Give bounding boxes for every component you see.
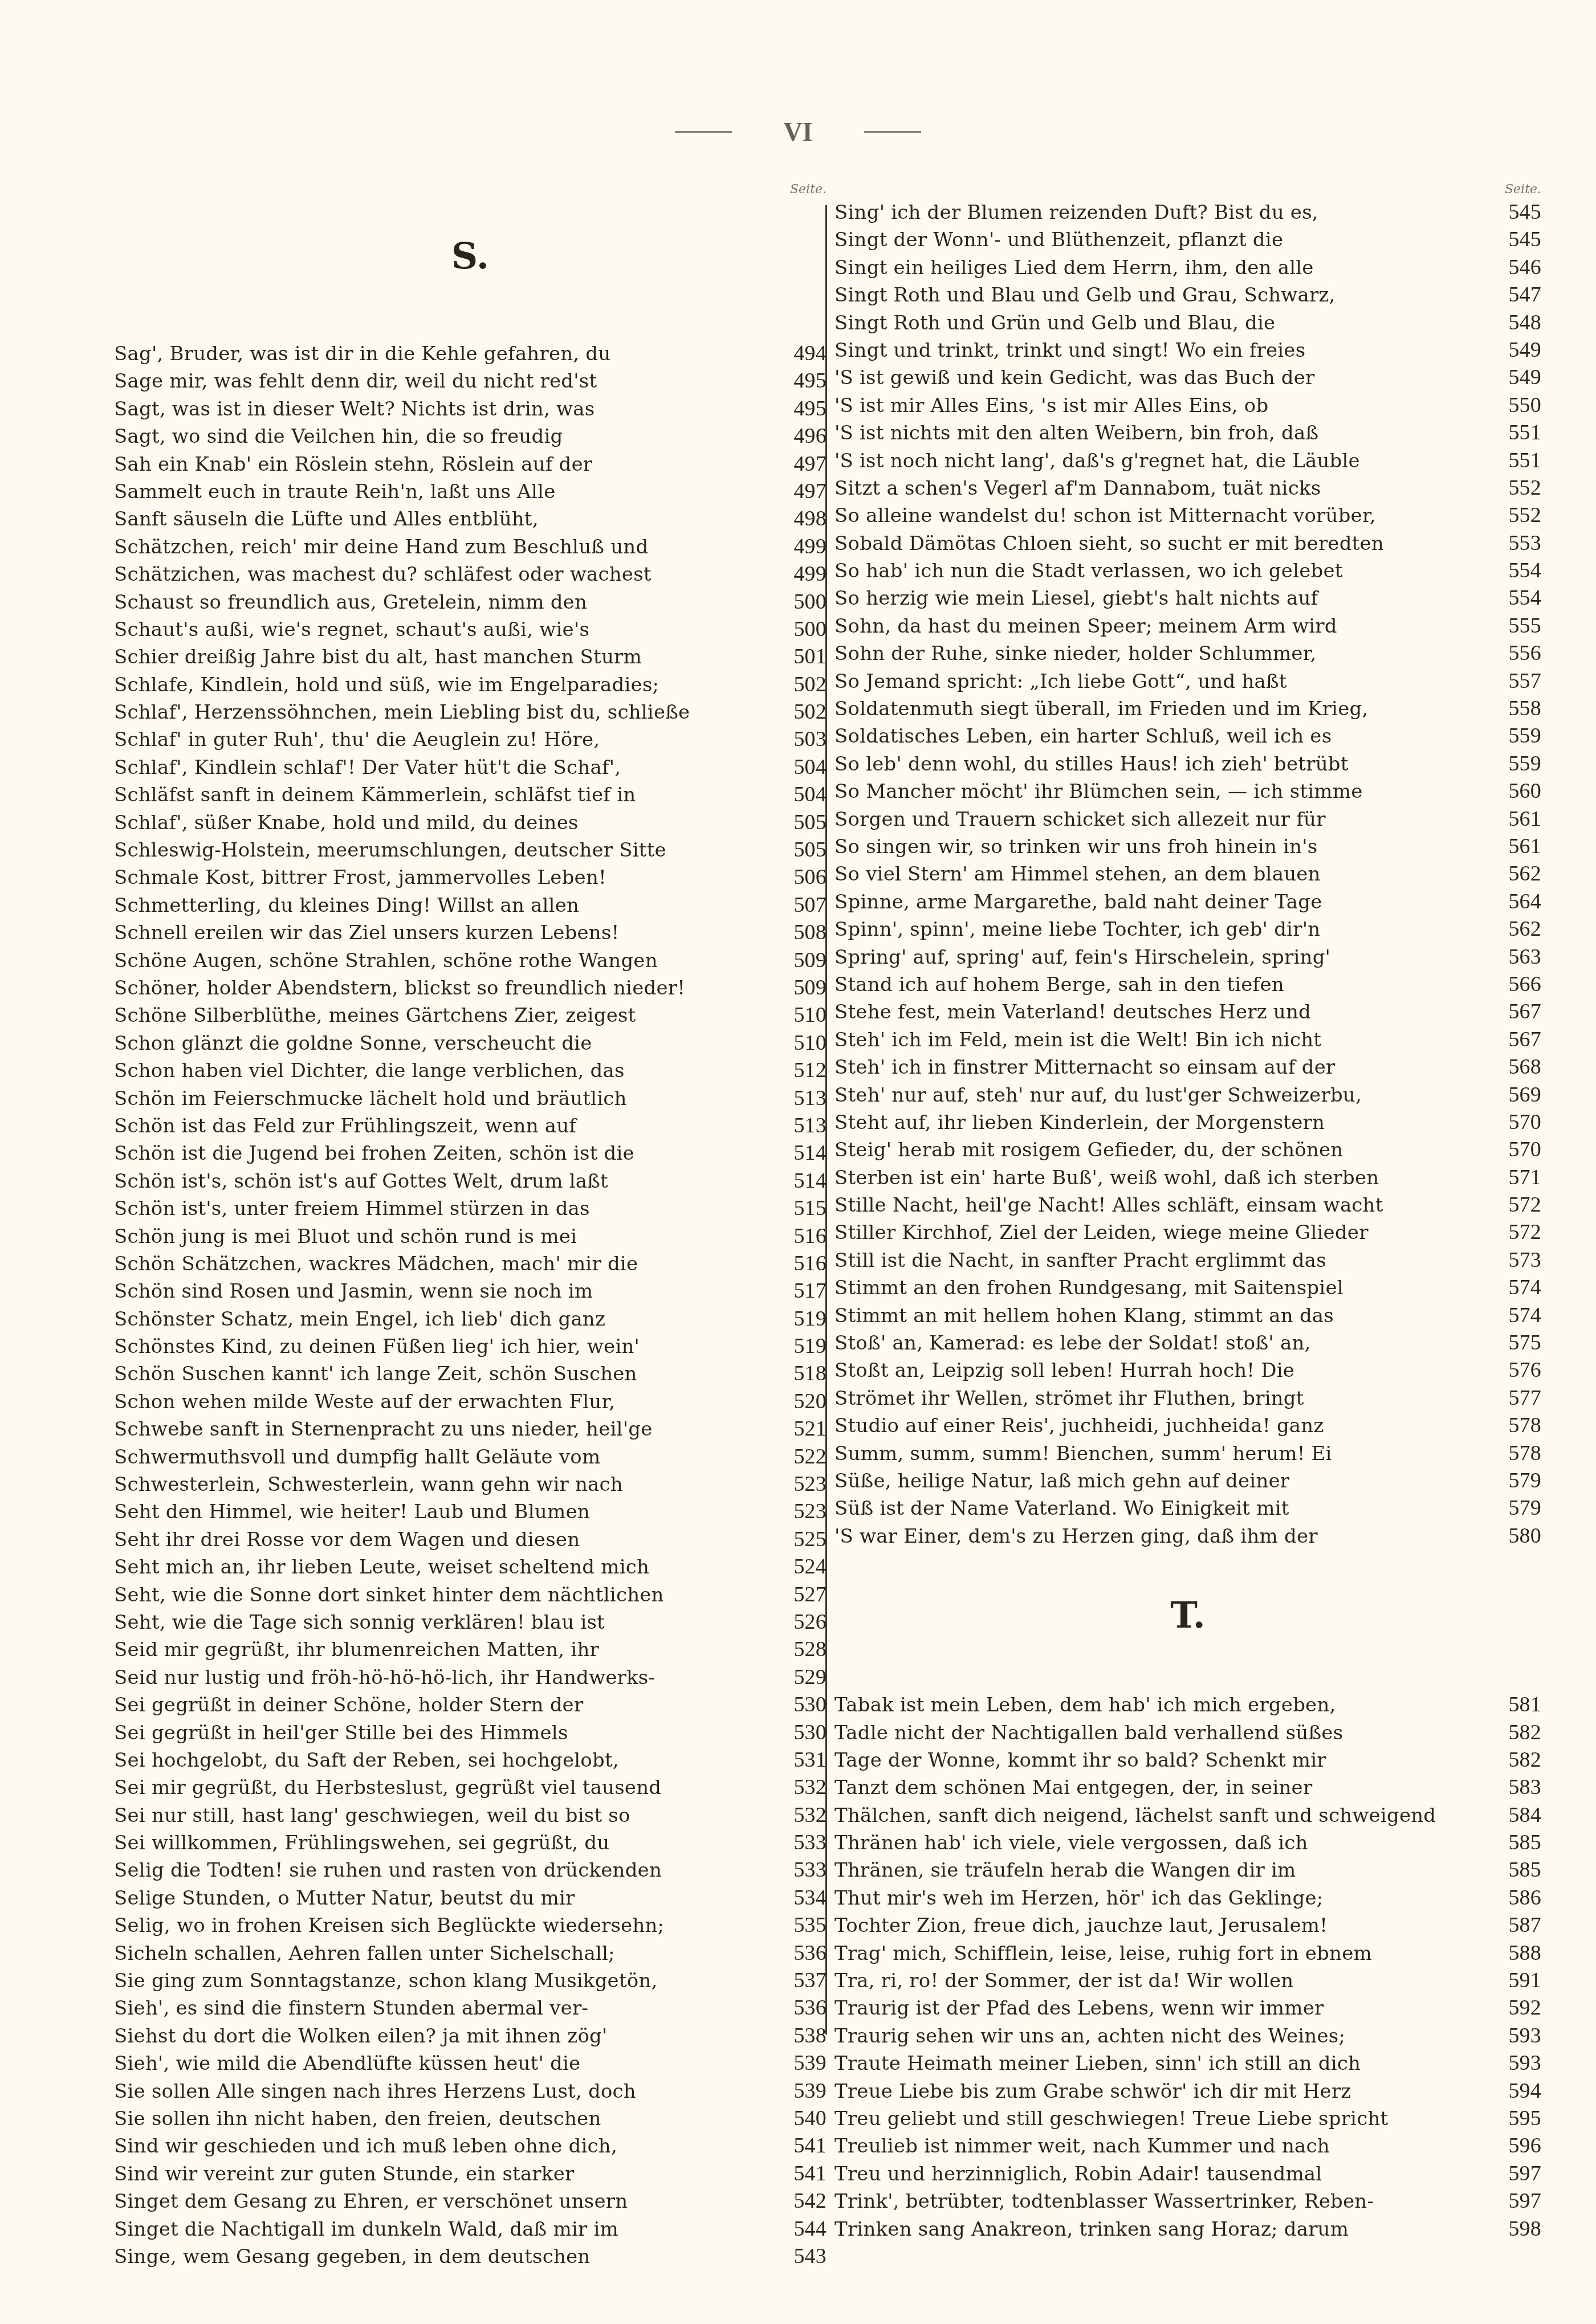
index-entry: Tage der Wonne, kommt ihr so bald? Schen… <box>834 1746 1541 1773</box>
entry-first-line: Tra, ri, ro! der Sommer, der ist da! Wir… <box>834 1967 1493 1995</box>
entry-page-number: 572 <box>1493 1191 1541 1218</box>
entry-page-number: 506 <box>779 863 826 891</box>
index-entry: Schätzchen, reich' mir deine Hand zum Be… <box>114 533 826 560</box>
entry-first-line: Selige Stunden, o Mutter Natur, beutst d… <box>114 1885 779 1912</box>
entry-first-line: Tanzt dem schönen Mai entgegen, der, in … <box>834 1774 1493 1801</box>
entry-first-line: Soldatenmuth siegt überall, im Frieden u… <box>834 695 1493 723</box>
entry-first-line: Singt ein heiliges Lied dem Herrn, ihm, … <box>834 254 1493 282</box>
index-entry: Trinken sang Anakreon, trinken sang Hora… <box>834 2215 1541 2243</box>
entry-first-line: Treu und herzinniglich, Robin Adair! tau… <box>834 2160 1493 2188</box>
entry-first-line: Singe, wem Gesang gegeben, in dem deutsc… <box>114 2243 779 2270</box>
index-entry: Trag' mich, Schifflein, leise, leise, ru… <box>834 1939 1541 1967</box>
entry-page-number: 563 <box>1493 943 1541 971</box>
entry-first-line: Süße, heilige Natur, laß mich gehn auf d… <box>834 1467 1493 1495</box>
entry-page-number: 510 <box>779 1001 826 1029</box>
entry-page-number: 505 <box>779 836 826 863</box>
entry-page-number: 542 <box>779 2187 826 2215</box>
index-entry: Treue Liebe bis zum Grabe schwör' ich di… <box>834 2077 1541 2105</box>
index-entry: Seht mich an, ihr lieben Leute, weiset s… <box>114 1553 826 1580</box>
index-entry: Schön sind Rosen und Jasmin, wenn sie no… <box>114 1277 826 1304</box>
entry-page-number: 512 <box>779 1057 826 1084</box>
entry-page-number: 525 <box>779 1526 826 1553</box>
entry-first-line: Sohn, da hast du meinen Speer; meinem Ar… <box>834 613 1493 640</box>
entry-first-line: Schätzchen, reich' mir deine Hand zum Be… <box>114 533 779 561</box>
entry-first-line: Tadle nicht der Nachtigallen bald verhal… <box>834 1719 1493 1747</box>
entry-page-number: 569 <box>1493 1081 1541 1108</box>
index-entry: Thränen hab' ich viele, viele vergossen,… <box>834 1829 1541 1856</box>
entry-page-number: 553 <box>1493 529 1541 557</box>
entry-page-number: 578 <box>1493 1440 1541 1467</box>
entry-page-number: 564 <box>1493 888 1541 915</box>
entry-page-number: 528 <box>779 1636 826 1663</box>
entry-first-line: Schlafe, Kindlein, hold und süß, wie im … <box>114 671 779 699</box>
entry-page-number: 536 <box>779 1939 826 1967</box>
entry-page-number: 494 <box>779 340 826 367</box>
index-entry: Sei gegrüßt in heil'ger Stille bei des H… <box>114 1719 826 1746</box>
section-heading-t: T. <box>834 1597 1541 1634</box>
entry-first-line: Schön im Feierschmucke lächelt hold und … <box>114 1085 779 1112</box>
entry-page-number: 549 <box>1493 336 1541 364</box>
section-heading-s: S. <box>114 238 826 275</box>
entry-first-line: Sorgen und Trauern schicket sich allezei… <box>834 806 1493 833</box>
entry-first-line: Sagt, was ist in dieser Welt? Nichts ist… <box>114 396 779 423</box>
index-entry: Selig die Todten! sie ruhen und rasten v… <box>114 1856 826 1883</box>
index-entry: Sei willkommen, Frühlingswehen, sei gegr… <box>114 1829 826 1856</box>
entry-first-line: Schön Schätzchen, wackres Mädchen, mach'… <box>114 1250 779 1278</box>
entry-page-number: 501 <box>779 643 826 670</box>
entry-page-number: 499 <box>779 560 826 588</box>
entry-first-line: Schönster Schatz, mein Engel, ich lieb' … <box>114 1306 779 1333</box>
entry-page-number: 518 <box>779 1360 826 1387</box>
entry-page-number: 561 <box>1493 805 1541 833</box>
entry-page-number: 536 <box>779 1994 826 2021</box>
index-entry: Treulieb ist nimmer weit, nach Kummer un… <box>834 2132 1541 2159</box>
entry-first-line: Traurig ist der Pfad des Lebens, wenn wi… <box>834 1995 1493 2022</box>
entry-first-line: Schön ist's, unter freiem Himmel stürzen… <box>114 1195 779 1222</box>
index-entry: Schön ist's, schön ist's auf Gottes Welt… <box>114 1167 826 1194</box>
entry-first-line: Seht den Himmel, wie heiter! Laub und Bl… <box>114 1498 779 1526</box>
entry-page-number: 497 <box>779 450 826 478</box>
entry-page-number: 497 <box>779 478 826 505</box>
entry-first-line: Strömet ihr Wellen, strömet ihr Fluthen,… <box>834 1385 1493 1412</box>
index-entry: Schleswig-Holstein, meerumschlungen, deu… <box>114 836 826 863</box>
entry-first-line: Schwermuthsvoll und dumpfig hallt Geläut… <box>114 1444 779 1471</box>
page-number: VI <box>783 117 812 147</box>
entry-page-number: 495 <box>779 395 826 422</box>
entry-first-line: Steig' herab mit rosigem Gefieder, du, d… <box>834 1136 1493 1164</box>
index-entry: Schätzichen, was machest du? schläfest o… <box>114 560 826 588</box>
entry-page-number: 521 <box>779 1415 826 1442</box>
index-entry: Schaust so freundlich aus, Gretelein, ni… <box>114 588 826 615</box>
entry-first-line: Seht, wie die Tage sich sonnig verklären… <box>114 1609 779 1636</box>
entry-page-number: 498 <box>779 505 826 532</box>
index-entry: Sei mir gegrüßt, du Herbsteslust, gegrüß… <box>114 1773 826 1801</box>
index-entry: 'S ist nichts mit den alten Weibern, bin… <box>834 419 1541 446</box>
entry-page-number: 560 <box>1493 777 1541 805</box>
entry-page-number: 545 <box>1493 226 1541 253</box>
entry-page-number: 582 <box>1493 1746 1541 1773</box>
entry-first-line: Studio auf einer Reis', juchheidi, juchh… <box>834 1412 1493 1440</box>
entry-first-line: Sing' ich der Blumen reizenden Duft? Bis… <box>834 199 1493 226</box>
index-entry: Schön jung is mei Bluot und schön rund i… <box>114 1222 826 1250</box>
entry-first-line: Schläfst sanft in deinem Kämmerlein, sch… <box>114 781 779 809</box>
entry-page-number: 510 <box>779 1029 826 1057</box>
index-entry: Schlaf' in guter Ruh', thu' die Aeuglein… <box>114 725 826 753</box>
index-entry: Schier dreißig Jahre bist du alt, hast m… <box>114 643 826 670</box>
index-entry: Schnell ereilen wir das Ziel unsers kurz… <box>114 919 826 946</box>
entry-page-number: 555 <box>1493 612 1541 639</box>
entry-page-number: 537 <box>779 1967 826 1994</box>
entry-first-line: Seht mich an, ihr lieben Leute, weiset s… <box>114 1554 779 1581</box>
index-entry: Schwesterlein, Schwesterlein, wann gehn … <box>114 1470 826 1498</box>
entry-page-number: 526 <box>779 1608 826 1636</box>
entry-first-line: Sohn der Ruhe, sinke nieder, holder Schl… <box>834 640 1493 667</box>
entry-first-line: Schmale Kost, bittrer Frost, jammervolle… <box>114 864 779 891</box>
entry-first-line: Thränen, sie träufeln herab die Wangen d… <box>834 1857 1493 1884</box>
entry-page-number: 519 <box>779 1305 826 1332</box>
header-rule-right <box>864 131 921 133</box>
entry-first-line: Schlaf', Herzenssöhnchen, mein Liebling … <box>114 699 779 726</box>
index-entry: So viel Stern' am Himmel stehen, an dem … <box>834 860 1541 887</box>
entry-page-number: 561 <box>1493 833 1541 860</box>
entry-page-number: 578 <box>1493 1412 1541 1439</box>
index-list-s-continued: Sing' ich der Blumen reizenden Duft? Bis… <box>834 198 1541 1550</box>
entry-page-number: 573 <box>1493 1246 1541 1274</box>
entry-first-line: Spring' auf, spring' auf, fein's Hirsche… <box>834 944 1493 971</box>
index-entry: Schmale Kost, bittrer Frost, jammervolle… <box>114 863 826 891</box>
index-entry: Sohn, da hast du meinen Speer; meinem Ar… <box>834 612 1541 639</box>
index-entry: Summ, summ, summ! Bienchen, summ' herum!… <box>834 1440 1541 1467</box>
entry-page-number: 597 <box>1493 2160 1541 2187</box>
index-entry: Sei gegrüßt in deiner Schöne, holder Ste… <box>114 1691 826 1718</box>
entry-page-number: 566 <box>1493 971 1541 998</box>
entry-page-number: 530 <box>779 1719 826 1746</box>
index-entry: Spring' auf, spring' auf, fein's Hirsche… <box>834 943 1541 971</box>
entry-page-number: 544 <box>779 2215 826 2243</box>
index-entry: Sie sollen ihn nicht haben, den freien, … <box>114 2105 826 2132</box>
entry-page-number: 572 <box>1493 1218 1541 1246</box>
entry-first-line: Treu geliebt und still geschwiegen! Treu… <box>834 2105 1493 2133</box>
index-entry: 'S ist noch nicht lang', daß's g'regnet … <box>834 447 1541 474</box>
entry-page-number: 557 <box>1493 667 1541 695</box>
entry-first-line: Stille Nacht, heil'ge Nacht! Alles schlä… <box>834 1192 1493 1219</box>
index-entry: Sitzt a schen's Vegerl af'm Dannabom, tu… <box>834 474 1541 502</box>
entry-first-line: Schön Suschen kannt' ich lange Zeit, sch… <box>114 1360 779 1388</box>
entry-page-number: 514 <box>779 1139 826 1167</box>
entry-page-number: 500 <box>779 615 826 643</box>
index-entry: Treu und herzinniglich, Robin Adair! tau… <box>834 2160 1541 2187</box>
index-entry: Süße, heilige Natur, laß mich gehn auf d… <box>834 1467 1541 1494</box>
index-entry: Sei nur still, hast lang' geschwiegen, w… <box>114 1801 826 1829</box>
index-entry: Schlaf', süßer Knabe, hold und mild, du … <box>114 809 826 836</box>
entry-first-line: Schlaf', süßer Knabe, hold und mild, du … <box>114 809 779 837</box>
entry-page-number: 583 <box>1493 1773 1541 1801</box>
entry-first-line: Seid nur lustig und fröh-hö-hö-hö-lich, … <box>114 1664 779 1691</box>
index-entry: Selige Stunden, o Mutter Natur, beutst d… <box>114 1884 826 1911</box>
entry-page-number: 514 <box>779 1167 826 1194</box>
index-entry: Thut mir's weh im Herzen, hör' ich das G… <box>834 1884 1541 1911</box>
index-entry: Schöner, holder Abendstern, blickst so f… <box>114 974 826 1001</box>
entry-page-number: 516 <box>779 1250 826 1277</box>
index-entry: Steh' nur auf, steh' nur auf, du lust'ge… <box>834 1081 1541 1108</box>
entry-page-number: 527 <box>779 1581 826 1608</box>
index-entry: Schön Schätzchen, wackres Mädchen, mach'… <box>114 1250 826 1277</box>
entry-page-number: 552 <box>1493 474 1541 502</box>
entry-page-number: 554 <box>1493 584 1541 611</box>
index-column-left: Seite. S. Sag', Bruder, was ist dir in d… <box>114 181 826 2270</box>
entry-page-number: 558 <box>1493 695 1541 722</box>
entry-page-number: 596 <box>1493 2132 1541 2159</box>
index-entry: Sagt, was ist in dieser Welt? Nichts ist… <box>114 395 826 422</box>
entry-first-line: Sei hochgelobt, du Saft der Reben, sei h… <box>114 1747 779 1774</box>
index-entry: So leb' denn wohl, du stilles Haus! ich … <box>834 750 1541 777</box>
entry-page-number: 550 <box>1493 392 1541 419</box>
entry-page-number: 559 <box>1493 722 1541 749</box>
entry-first-line: Steh' nur auf, steh' nur auf, du lust'ge… <box>834 1082 1493 1109</box>
index-entry: Schwebe sanft in Sternenpracht zu uns ni… <box>114 1415 826 1442</box>
entry-page-number: 533 <box>779 1829 826 1856</box>
entry-page-number: 508 <box>779 919 826 946</box>
index-entry: Schönstes Kind, zu deinen Füßen lieg' ic… <box>114 1332 826 1360</box>
index-entry: Seid mir gegrüßt, ihr blumenreichen Matt… <box>114 1636 826 1663</box>
entry-first-line: Schlaf' in guter Ruh', thu' die Aeuglein… <box>114 726 779 753</box>
entry-first-line: Sag', Bruder, was ist dir in die Kehle g… <box>114 340 779 368</box>
entry-page-number: 531 <box>779 1746 826 1773</box>
entry-first-line: Schön ist das Feld zur Frühlingszeit, we… <box>114 1112 779 1140</box>
index-entry: Singt Roth und Grün und Gelb und Blau, d… <box>834 309 1541 336</box>
entry-first-line: Schon haben viel Dichter, die lange verb… <box>114 1057 779 1084</box>
entry-first-line: Schnell ereilen wir das Ziel unsers kurz… <box>114 919 779 947</box>
entry-page-number: 523 <box>779 1470 826 1498</box>
entry-first-line: Trink', betrübter, todtenblasser Wassert… <box>834 2188 1493 2215</box>
entry-first-line: Steht auf, ihr lieben Kinderlein, der Mo… <box>834 1109 1493 1136</box>
index-entry: Schön Suschen kannt' ich lange Zeit, sch… <box>114 1360 826 1387</box>
entry-page-number: 597 <box>1493 2187 1541 2215</box>
index-entry: Steig' herab mit rosigem Gefieder, du, d… <box>834 1136 1541 1163</box>
entry-first-line: Sei gegrüßt in deiner Schöne, holder Ste… <box>114 1691 779 1719</box>
index-entry: Schlaf', Herzenssöhnchen, mein Liebling … <box>114 698 826 725</box>
entry-first-line: Singt und trinkt, trinkt und singt! Wo e… <box>834 337 1493 364</box>
entry-first-line: Soldatisches Leben, ein harter Schluß, w… <box>834 723 1493 750</box>
entry-first-line: Sie sollen ihn nicht haben, den freien, … <box>114 2105 779 2133</box>
entry-first-line: Steh' ich im Feld, mein ist die Welt! Bi… <box>834 1026 1493 1054</box>
entry-page-number: 504 <box>779 753 826 781</box>
index-entry: 'S ist gewiß und kein Gedicht, was das B… <box>834 364 1541 391</box>
entry-first-line: Thälchen, sanft dich neigend, lächelst s… <box>834 1802 1493 1829</box>
index-entry: Schön im Feierschmucke lächelt hold und … <box>114 1084 826 1112</box>
index-entry: Schlaf', Kindlein schlaf'! Der Vater hüt… <box>114 753 826 781</box>
entry-first-line: Sterben ist ein' harte Buß', weiß wohl, … <box>834 1164 1493 1192</box>
entry-page-number: 509 <box>779 974 826 1001</box>
index-entry: Singet die Nachtigall im dunkeln Wald, d… <box>114 2215 826 2243</box>
entry-page-number: 567 <box>1493 1026 1541 1053</box>
entry-first-line: Spinn', spinn', meine liebe Tochter, ich… <box>834 916 1493 943</box>
entry-first-line: Sie sollen Alle singen nach ihres Herzen… <box>114 2078 779 2105</box>
entry-page-number: 535 <box>779 1911 826 1939</box>
entry-page-number: 576 <box>1493 1356 1541 1384</box>
index-entry: Singet dem Gesang zu Ehren, er verschöne… <box>114 2187 826 2215</box>
entry-page-number: 502 <box>779 671 826 698</box>
entry-page-number: 562 <box>1493 915 1541 943</box>
entry-page-number: 539 <box>779 2049 826 2077</box>
index-entry: Traute Heimath meiner Lieben, sinn' ich … <box>834 2049 1541 2077</box>
entry-first-line: Stand ich auf hohem Berge, sah in den ti… <box>834 971 1493 998</box>
entry-page-number: 588 <box>1493 1939 1541 1967</box>
entry-first-line: Schöne Augen, schöne Strahlen, schöne ro… <box>114 947 779 975</box>
index-entry: So Mancher möcht' ihr Blümchen sein, — i… <box>834 777 1541 805</box>
entry-page-number: 548 <box>1493 309 1541 336</box>
entry-first-line: So Mancher möcht' ihr Blümchen sein, — i… <box>834 778 1493 805</box>
entry-first-line: Summ, summ, summ! Bienchen, summ' herum!… <box>834 1440 1493 1467</box>
entry-first-line: Singt der Wonn'- und Blüthenzeit, pflanz… <box>834 226 1493 254</box>
index-entry: Selig, wo in frohen Kreisen sich Beglück… <box>114 1911 826 1939</box>
entry-first-line: Schön sind Rosen und Jasmin, wenn sie no… <box>114 1278 779 1305</box>
entry-page-number: 581 <box>1493 1691 1541 1718</box>
index-entry: Sorgen und Trauern schicket sich allezei… <box>834 805 1541 833</box>
entry-first-line: Schön jung is mei Bluot und schön rund i… <box>114 1223 779 1250</box>
entry-page-number: 567 <box>1493 998 1541 1025</box>
entry-page-number: 593 <box>1493 2049 1541 2077</box>
index-entry: Stimmt an den frohen Rundgesang, mit Sai… <box>834 1274 1541 1301</box>
entry-page-number: 496 <box>779 422 826 450</box>
entry-page-number: 541 <box>779 2132 826 2159</box>
entry-page-number: 594 <box>1493 2077 1541 2105</box>
entry-page-number: 598 <box>1493 2215 1541 2243</box>
entry-page-number: 587 <box>1493 1911 1541 1939</box>
entry-first-line: Trinken sang Anakreon, trinken sang Hora… <box>834 2216 1493 2243</box>
index-entry: So alleine wandelst du! schon ist Mitter… <box>834 502 1541 529</box>
entry-page-number: 545 <box>1493 198 1541 226</box>
entry-page-number: 585 <box>1493 1829 1541 1856</box>
entry-first-line: Sobald Dämötas Chloen sieht, so sucht er… <box>834 530 1493 557</box>
index-entry: Schön ist das Feld zur Frühlingszeit, we… <box>114 1112 826 1139</box>
index-entry: Seht den Himmel, wie heiter! Laub und Bl… <box>114 1498 826 1525</box>
index-list-t: Tabak ist mein Leben, dem hab' ich mich … <box>834 1691 1541 2243</box>
entry-first-line: Traurig sehen wir uns an, achten nicht d… <box>834 2023 1493 2050</box>
entry-first-line: Sanft säuseln die Lüfte und Alles entblü… <box>114 505 779 533</box>
entry-first-line: Tochter Zion, freue dich, jauchze laut, … <box>834 1912 1493 1939</box>
entry-page-number: 534 <box>779 1884 826 1911</box>
index-entry: Schaut's außi, wie's regnet, schaut's au… <box>114 615 826 643</box>
entry-first-line: Treulieb ist nimmer weit, nach Kummer un… <box>834 2133 1493 2160</box>
entry-first-line: Sei nur still, hast lang' geschwiegen, w… <box>114 1802 779 1829</box>
index-entry: Sie sollen Alle singen nach ihres Herzen… <box>114 2077 826 2105</box>
entry-first-line: Sagt, wo sind die Veilchen hin, die so f… <box>114 423 779 450</box>
entry-first-line: Schöne Silberblüthe, meines Gärtchens Zi… <box>114 1002 779 1029</box>
index-entry: Steht auf, ihr lieben Kinderlein, der Mo… <box>834 1108 1541 1136</box>
entry-page-number: 556 <box>1493 639 1541 667</box>
entry-first-line: Stimmt an mit hellem hohen Klang, stimmt… <box>834 1302 1493 1330</box>
entry-page-number: 593 <box>1493 2022 1541 2049</box>
entry-page-number: 503 <box>779 725 826 753</box>
entry-page-number: 517 <box>779 1277 826 1304</box>
index-entry: Sind wir vereint zur guten Stunde, ein s… <box>114 2160 826 2187</box>
entry-first-line: Schätzichen, was machest du? schläfest o… <box>114 561 779 588</box>
entry-first-line: Treue Liebe bis zum Grabe schwör' ich di… <box>834 2078 1493 2105</box>
index-entry: Seid nur lustig und fröh-hö-hö-hö-lich, … <box>114 1664 826 1691</box>
index-entry: Sterben ist ein' harte Buß', weiß wohl, … <box>834 1164 1541 1191</box>
entry-page-number: 513 <box>779 1084 826 1112</box>
entry-page-number: 495 <box>779 367 826 394</box>
index-entry: Schmetterling, du kleines Ding! Willst a… <box>114 891 826 919</box>
index-entry: Süß ist der Name Vaterland. Wo Einigkeit… <box>834 1494 1541 1522</box>
index-entry: Strömet ihr Wellen, strömet ihr Fluthen,… <box>834 1384 1541 1412</box>
header-rule-left <box>675 131 732 133</box>
index-entry: 'S war Einer, dem's zu Herzen ging, daß … <box>834 1522 1541 1550</box>
entry-page-number: 574 <box>1493 1274 1541 1301</box>
entry-first-line: Schwebe sanft in Sternenpracht zu uns ni… <box>114 1416 779 1443</box>
entry-page-number: 582 <box>1493 1719 1541 1746</box>
entry-first-line: Sind wir geschieden und ich muß leben oh… <box>114 2133 779 2160</box>
entry-first-line: 'S war Einer, dem's zu Herzen ging, daß … <box>834 1523 1493 1550</box>
entry-first-line: So viel Stern' am Himmel stehen, an dem … <box>834 861 1493 888</box>
index-entry: Soldatisches Leben, ein harter Schluß, w… <box>834 722 1541 749</box>
index-entry: Spinne, arme Margarethe, bald naht deine… <box>834 888 1541 915</box>
entry-first-line: Selig, wo in frohen Kreisen sich Beglück… <box>114 1912 779 1939</box>
entry-page-number: 505 <box>779 809 826 836</box>
index-entry: So Jemand spricht: „Ich liebe Gott“, und… <box>834 667 1541 695</box>
index-entry: Schläfst sanft in deinem Kämmerlein, sch… <box>114 781 826 808</box>
index-entry: Schöne Silberblüthe, meines Gärtchens Zi… <box>114 1001 826 1029</box>
entry-first-line: Schöner, holder Abendstern, blickst so f… <box>114 975 779 1002</box>
entry-page-number: 549 <box>1493 364 1541 391</box>
index-entry: Seht, wie die Tage sich sonnig verklären… <box>114 1608 826 1636</box>
entry-first-line: Schön ist's, schön ist's auf Gottes Welt… <box>114 1168 779 1195</box>
index-entry: Traurig ist der Pfad des Lebens, wenn wi… <box>834 1994 1541 2021</box>
entry-page-number: 541 <box>779 2160 826 2187</box>
entry-first-line: Stoßt an, Leipzig soll leben! Hurrah hoc… <box>834 1357 1493 1384</box>
entry-page-number: 570 <box>1493 1108 1541 1136</box>
index-entry: Schwermuthsvoll und dumpfig hallt Geläut… <box>114 1443 826 1470</box>
index-entry: Still ist die Nacht, in sanfter Pracht e… <box>834 1246 1541 1274</box>
entry-first-line: 'S ist mir Alles Eins, 's ist mir Alles … <box>834 392 1493 419</box>
entry-first-line: 'S ist gewiß und kein Gedicht, was das B… <box>834 364 1493 392</box>
entry-first-line: Stiller Kirchhof, Ziel der Leiden, wiege… <box>834 1219 1493 1246</box>
entry-first-line: Sieh', es sind die finstern Stunden aber… <box>114 1995 779 2022</box>
entry-first-line: Sei mir gegrüßt, du Herbsteslust, gegrüß… <box>114 1774 779 1801</box>
entry-first-line: Sage mir, was fehlt denn dir, weil du ni… <box>114 368 779 395</box>
entry-first-line: Singt Roth und Blau und Gelb und Grau, S… <box>834 282 1493 309</box>
entry-page-number: 580 <box>1493 1522 1541 1550</box>
entry-page-number: 571 <box>1493 1164 1541 1191</box>
entry-page-number: 516 <box>779 1222 826 1250</box>
entry-first-line: Trag' mich, Schifflein, leise, leise, ru… <box>834 1940 1493 1967</box>
index-entry: 'S ist mir Alles Eins, 's ist mir Alles … <box>834 392 1541 419</box>
entry-first-line: Sei gegrüßt in heil'ger Stille bei des H… <box>114 1719 779 1747</box>
entry-first-line: Traute Heimath meiner Lieben, sinn' ich … <box>834 2050 1493 2077</box>
entry-first-line: Singet die Nachtigall im dunkeln Wald, d… <box>114 2216 779 2243</box>
index-entry: Schon wehen milde Weste auf der erwachte… <box>114 1388 826 1415</box>
entry-first-line: Thränen hab' ich viele, viele vergossen,… <box>834 1829 1493 1857</box>
index-entry: Studio auf einer Reis', juchheidi, juchh… <box>834 1412 1541 1439</box>
entry-first-line: Selig die Todten! sie ruhen und rasten v… <box>114 1857 779 1884</box>
index-entry: Seht ihr drei Rosse vor dem Wagen und di… <box>114 1526 826 1553</box>
entry-first-line: Sie ging zum Sonntagstanze, schon klang … <box>114 1967 779 1995</box>
index-entry: Treu geliebt und still geschwiegen! Treu… <box>834 2105 1541 2132</box>
entry-first-line: Singt Roth und Grün und Gelb und Blau, d… <box>834 309 1493 337</box>
entry-first-line: Sieh', wie mild die Abendlüfte küssen he… <box>114 2050 779 2077</box>
entry-first-line: So singen wir, so trinken wir uns froh h… <box>834 833 1493 861</box>
index-entry: Siehst du dort die Wolken eilen? ja mit … <box>114 2022 826 2049</box>
entry-first-line: Schlaf', Kindlein schlaf'! Der Vater hüt… <box>114 754 779 781</box>
entry-page-number: 507 <box>779 891 826 919</box>
entry-page-number: 538 <box>779 2022 826 2049</box>
index-entry: Steh' ich im Feld, mein ist die Welt! Bi… <box>834 1026 1541 1053</box>
entry-first-line: Schönstes Kind, zu deinen Füßen lieg' ic… <box>114 1333 779 1360</box>
entry-first-line: Sammelt euch in traute Reih'n, laßt uns … <box>114 478 779 505</box>
entry-page-number: 574 <box>1493 1302 1541 1329</box>
index-entry: Stehe fest, mein Vaterland! deutsches He… <box>834 998 1541 1025</box>
